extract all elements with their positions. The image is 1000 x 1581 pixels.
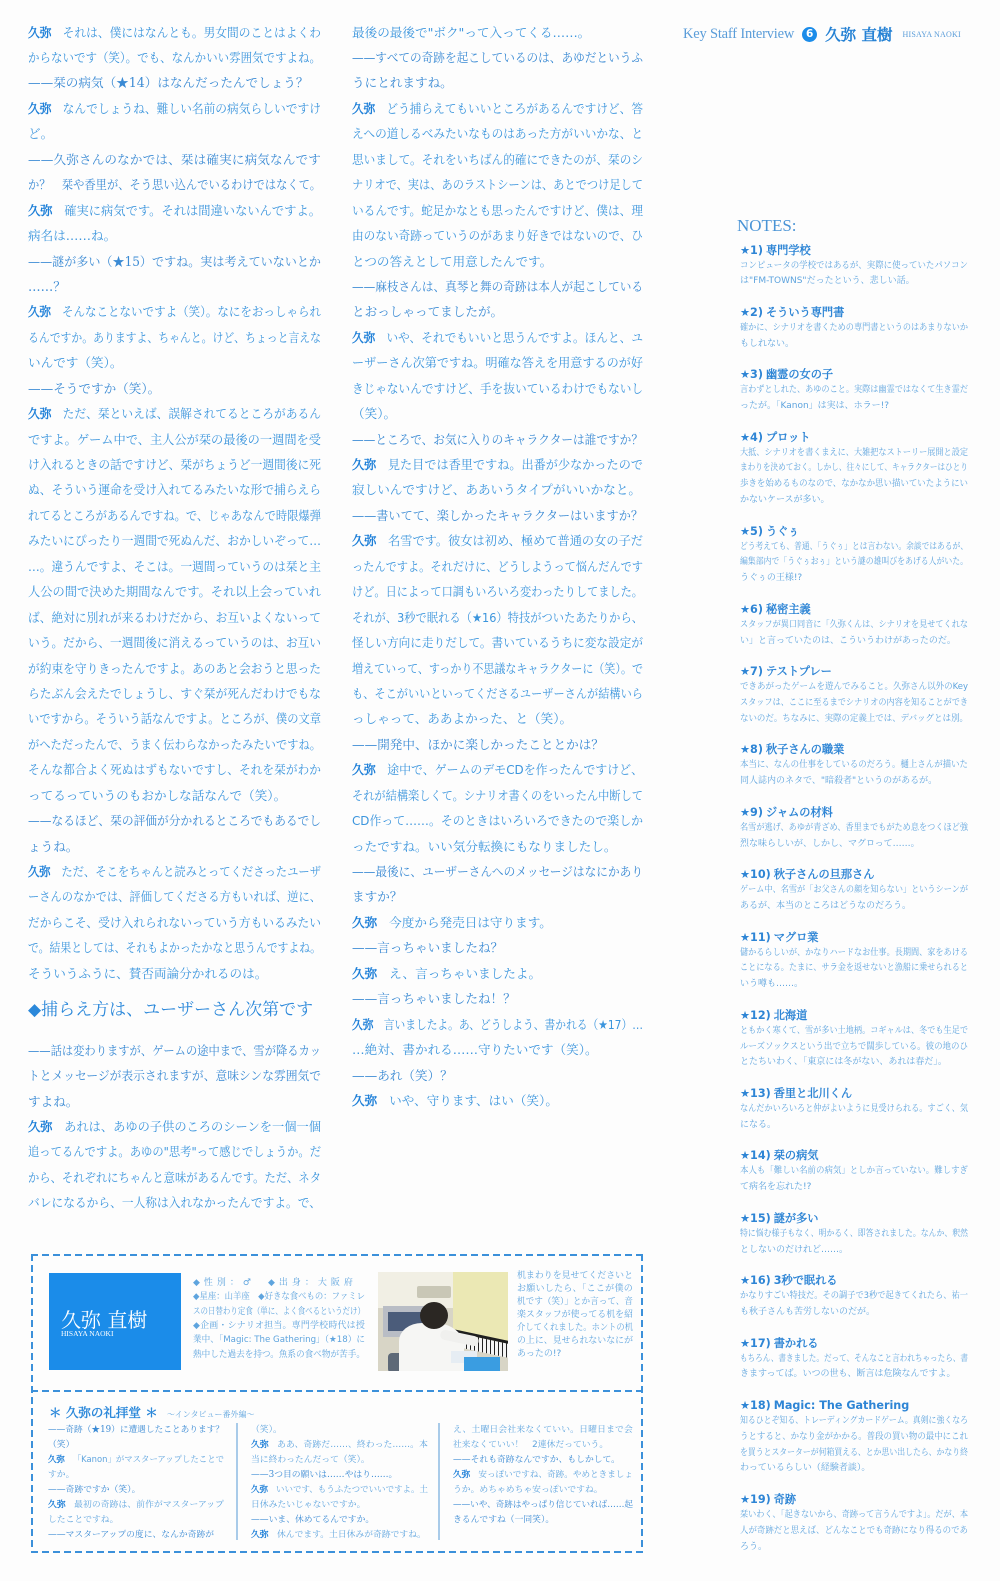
note-body-line: 歩きを始めるものなので、なかなか思い描いていたようにい (740, 477, 968, 493)
text-line: ——そうですか（笑）。 (28, 376, 321, 401)
speaker-answer: 久弥どう捕らえてもいいところがあるんですけど、答えへの道しるべみたいなものはあっ… (352, 96, 643, 274)
speaker-name: 久弥 (28, 1119, 52, 1134)
line-text: 言いましたよ。あ、どうしよう、書かれる（★17）… (384, 1017, 643, 1032)
text-line: らたぶん会えたでしょうし、すぐ栞が死んだわけでもな (28, 681, 321, 706)
line-text: いんです（笑）。 (28, 355, 122, 370)
line-content: ルーズソックスという出で立ちで闊歩している。彼の地のひ (740, 1040, 968, 1056)
line-text: 安っぽいですね、奇跡。やめときましょ (478, 1470, 633, 1480)
text-line: ——マスターアップの度に、なんか奇跡が (48, 1528, 224, 1543)
line-content: スの日替わり定食（単に、よく食べるというだけ） (193, 1305, 365, 1319)
line-text: 「Kanon」がマスターアップしたことで (73, 1455, 224, 1465)
line-content: も秋子さんも苦労しないのだが。 (740, 1305, 875, 1321)
line-content: から、それぞれにちゃんと意味があるんです。ただ、ネタ (28, 1165, 321, 1190)
line-content: の上に、見せられないなにが (517, 1335, 633, 1348)
line-content: 歩きを始めるものなので、なかなか思い描いていたようにい (740, 477, 968, 493)
note-title: そういう専門書 (766, 306, 844, 319)
line-content: 編集部内で「うぐぅおぅ」という謎の雄叫びをあげる人がいた。 (740, 555, 968, 571)
line-content: うとすると、かなり金がかかる。普段の買い物の最中にこれ (740, 1430, 968, 1446)
line-content: きますってば。いつの世も、断言は危険なんですよ。 (740, 1367, 955, 1383)
line-text: 寂しいんですけど、ああいうタイプがいいかなと。 (352, 482, 641, 497)
line-content: ——奇跡ですか（笑）。 (48, 1483, 140, 1498)
note-title: プロット (766, 431, 811, 444)
line-content: るんですか。ありますよ、ちゃんと。けど、ちょっと言えな (28, 325, 321, 350)
speaker-answer: 久弥ただ、栞といえば、誤解されてるところがあるんですよ。ゲーム中で、主人公が栞の… (28, 401, 321, 808)
line-content: それが結構楽しくて。シナリオ書くのをいったん中断して (352, 783, 643, 808)
line-content: 久弥いや、それでもいいと思うんですよ。ほんと、ユ (352, 325, 643, 350)
note-marker: ★5) (740, 525, 763, 538)
interviewee-name: 久弥 直樹 (825, 23, 892, 45)
line-text: いう。だから、一週間後に消えるっていうのは、お互い (28, 635, 321, 650)
line-content: も、そこがいいといってくださるユーザーさんが結構いら (352, 681, 643, 706)
note-title: 香里と北川くん (774, 1087, 852, 1100)
profile-details: ◆性別：♂ ◆出身：大阪府◆星座：山羊座 ◆好きな食べもの：ファミレスの日替わり… (193, 1276, 365, 1362)
line-content: わっているらしい（経験者談）。 (740, 1461, 870, 1477)
note-body-line: まわりを決めておく。しかし、往々にして、キャラクターはひとり (740, 461, 968, 477)
text-line: 久弥そんなことないですよ（笑）。なにをおっしゃられ (28, 299, 321, 324)
text-line: 社来なくていい！ 2連休だっていう。 (453, 1438, 633, 1453)
profile-name: 久弥 直樹 (61, 1309, 147, 1331)
text-line: うか。めちゃめちゃ安っぽいですね。 (453, 1483, 633, 1498)
note-marker: ★6) (740, 603, 763, 616)
line-content: 久弥あれは、あゆの子供のころのシーンを一個一個 (28, 1114, 321, 1139)
interviewer-question: ——話は変わりますが、ゲームの途中まで、雪が降るカットとメッセージが表示されます… (28, 1038, 321, 1114)
note-marker: ★3) (740, 368, 763, 381)
note-body-line: もしれない。 (740, 337, 968, 353)
line-content: とたちいわく、「東京には冬がない、あれは春だ」。 (740, 1055, 947, 1071)
line-content: ったですね。いい気分転換にもなりましたし。 (352, 834, 616, 859)
interviewer-question: ——ところで、お気に入りのキャラクターは誰ですか？ (352, 427, 643, 452)
profile-detail-line: 熱中した過去を持つ。魚系の食べ物が苦手。 (193, 1348, 365, 1362)
line-content: ——麻枝さんは、真琴と舞の奇跡は本人が起こしている (352, 274, 643, 299)
text-line: いですから。そういう話なんですよ。ところが、僕の文章 (28, 706, 321, 731)
line-content: 社来なくていい！ 2連休だっていう。 (453, 1438, 608, 1453)
line-text: （笑）。 (251, 1425, 282, 1435)
line-text: ——あれ（笑）？ (352, 1068, 453, 1083)
text-line: 久弥なんでしょうね、難しい名前の病気らしいですけ (28, 96, 321, 121)
profile-name-romaji: HISAYA NAOKI (61, 1329, 113, 1339)
note-heading: ★5)うぐぅ (740, 523, 968, 540)
page-header: Key Staff Interview 6 久弥 直樹 HISAYA NAOKI (683, 25, 961, 43)
text-line: 久弥安っぽいですね、奇跡。やめときましょ (453, 1468, 633, 1483)
line-text: ——話は変わりますが、ゲームの途中まで、雪が降るカッ (28, 1043, 321, 1058)
speaker-answer: 久弥名雪です。彼女は初め、極めて普通の女の子だったんですよ。それだけに、どうしよ… (352, 528, 643, 732)
interviewer-question: ——言っちゃいましたね？ (352, 935, 643, 960)
line-text: えへの道しるべみたいなものはあった方がいいかな、と (352, 126, 643, 141)
text-line: 人公の間で決めた期間なんです。それ以上会っていれ (28, 579, 321, 604)
text-line: ナリオで、実は、あのラストシーンは、あとでつけ足して (352, 172, 643, 197)
note-heading: ★10)秋子さんの旦那さん (740, 866, 968, 883)
line-content: 久弥ただ、栞といえば、誤解されてるところがあるん (28, 401, 321, 426)
speaker-name: 久弥 (352, 762, 376, 777)
note-marker: ★19) (740, 1493, 771, 1506)
note-title: 秘密主義 (766, 603, 811, 616)
line-content: かなりすごい特技だ。その調子で3秒で起きてくれたら、祐一 (740, 1289, 968, 1305)
text-line: 久弥途中で、ゲームのデモCDを作ったんですけど、 (352, 757, 643, 782)
line-content: スタッフが異口同音に「久弥くんは、シナリオを見せてくれな (740, 618, 968, 634)
extra-title: ＊ 久弥の礼拝堂 ＊ (49, 1405, 158, 1420)
text-line: が約束を守りきったんですよ。あのあと会おうと思った (28, 656, 321, 681)
text-line: れてるところがあるんですね。で、じゃあなんで時限爆弾 (28, 503, 321, 528)
note-item: ★11)マグロ業儲かるらしいが、かなりハードなお仕事。長期間、家をあけることにな… (740, 929, 968, 993)
note-body-line: て病名を忘れた!? (740, 1180, 968, 1196)
note-body-line: ろう。 (740, 1540, 968, 1556)
note-item: ★7)テストプレーできあがったゲームを遊んでみること。久弥さん以外のKeyスタッ… (740, 663, 968, 727)
text-line: ——いや、奇跡はやっぱり信じていれば……起 (453, 1498, 633, 1513)
line-content: 久弥ああ、奇跡だ……、終わった……。本 (251, 1438, 428, 1453)
note-marker: ★8) (740, 743, 763, 756)
line-text: ——開発中、ほかに楽しかったこととかは？ (352, 737, 604, 752)
line-content: ……？ (28, 274, 66, 299)
note-heading: ★15)謎が多い (740, 1210, 968, 1227)
line-content: 当に終わったんだって（笑）。 (251, 1453, 370, 1468)
text-line: 最後の最後で"ボク"って入ってくる……。 (352, 20, 643, 45)
line-content: 熱中した過去を持つ。魚系の食べ物が苦手。 (193, 1348, 365, 1362)
interviewer-question: ——いま、休めてるんですか。 (251, 1513, 428, 1528)
line-content: 寂しいんですけど、ああいうタイプがいいかなと。 (352, 477, 641, 502)
line-text: それは、僕にはなんとも。男女間のことはよくわ (63, 25, 321, 40)
note-title: テストプレー (766, 665, 832, 678)
text-line: ——開発中、ほかに楽しかったこととかは？ (352, 732, 643, 757)
speaker-answer: 久弥言いましたよ。あ、どうしよう、書かれる（★17）……絶対、書かれる……守りた… (352, 1012, 643, 1063)
note-body-line: 人が奇跡だと思えば、どんなことでも奇跡になり得るのであ (740, 1524, 968, 1540)
line-content: きじゃないんですけど、手を抜いているわけでもないし (352, 376, 643, 401)
speaker-answer: 久弥いや、守ります、はい（笑）。 (352, 1088, 643, 1113)
speaker-name: 久弥 (28, 864, 51, 879)
caption-line: 楽スタッフが使ってる机を紹 (517, 1309, 633, 1322)
speaker-answer: 久弥ただ、そこをちゃんと読みとってくださったユーザーさんのなかでは、評価してく​… (28, 859, 321, 986)
speaker-name: 久弥 (28, 406, 51, 421)
line-text: 日休みたいじゃないですか。 (251, 1500, 365, 1510)
note-item: ★13)香里と北川くんなんだかいろいろと仲がよいように見受けられる。すごく、気に… (740, 1085, 968, 1134)
note-title: マグロ業 (774, 931, 819, 944)
line-text: トとメッセージが表示されますが、意味シンな雰囲気で (28, 1068, 321, 1083)
note-body-line: とたちいわく、「東京には冬がない、あれは春だ」。 (740, 1055, 968, 1071)
profile-detail-line: 業中、「Magic: The Gathering」（★18）に (193, 1333, 365, 1347)
text-line: か？ 栞や香里が、そう思い込んでいるわけではなくて。 (28, 172, 321, 197)
speaker-answer: 久弥なんでしょうね、難しい名前の病気らしいですけど。 (28, 96, 321, 147)
note-heading: ★8)秋子さんの職業 (740, 741, 968, 758)
note-heading: ★18)Magic: The Gathering (740, 1397, 968, 1414)
note-item: ★4)プロット大抵、シナリオを書くまえに、大雑把なストーリー展開と設定まわりを決… (740, 429, 968, 509)
note-heading: ★9)ジャムの材料 (740, 804, 968, 821)
text-line: ——3つ目の願いは……やはり……。 (251, 1468, 428, 1483)
text-line: うにとれますね。 (352, 70, 643, 95)
note-title: 3秒で眠れる (774, 1274, 838, 1287)
line-content: ょうね。 (28, 834, 78, 859)
interviewer-question: ——そうですか（笑）。 (28, 376, 321, 401)
line-text: ——言っちゃいましたね？ (352, 940, 503, 955)
text-line: 久弥「Kanon」がマスターアップしたことで (48, 1453, 224, 1468)
line-text: 名雪です。彼女は初め、極めて普通の女の子だ (388, 533, 643, 548)
text-line: CD作って……。そのときはいろいろできたので楽しか (352, 808, 643, 833)
note-item: ★14)栞の病気本人も「難しい名前の病気」としか言っていない。難しすぎて病名を忘… (740, 1147, 968, 1196)
note-body-line: かなりすごい特技だ。その調子で3秒で起きてくれたら、祐一 (740, 1289, 968, 1305)
line-content: とつの答えとして用意したんです。 (352, 249, 552, 274)
line-text: が約束を守りきったんですよ。あのあと会おうと思った (28, 661, 321, 676)
text-line: いんです（笑）。 (28, 350, 321, 375)
text-line: きじゃないんですけど、手を抜いているわけでもないし (352, 376, 643, 401)
note-heading: ★4)プロット (740, 429, 968, 446)
line-content: ことになる。たまに、サラ金を返せないと漁船に乗せられると (740, 961, 968, 977)
line-content: 本人も「難しい名前の病気」としか言っていない。難しすぎ (740, 1164, 968, 1180)
note-body-line: うとすると、かなり金がかかる。普段の買い物の最中にこれ (740, 1430, 968, 1446)
text-line: 久弥どう捕らえてもいいところがあるんですけど、答 (352, 96, 643, 121)
text-line: ——栞の病気（★14）はなんだったんでしょう？ (28, 70, 321, 95)
note-item: ★12)北海道ともかく寒くて、雪が多い土地柄。コギャルは、冬でも生足でルーズソッ… (740, 1007, 968, 1071)
note-heading: ★11)マグロ業 (740, 929, 968, 946)
line-text: ——最後に、ユーザーさんへのメッセージはなにかあり (352, 864, 643, 879)
line-content: 病名は……ね。 (28, 223, 116, 248)
speaker-answer: 久弥いいです、もうふたつでいいですよ。土日休みたいじゃないですか。 (251, 1483, 428, 1513)
line-content: れてるところがあるんですね。で、じゃあなんで時限爆弾 (28, 503, 321, 528)
line-text: ったですね。いい気分転換にもなりましたし。 (352, 839, 616, 854)
line-text: 追ってるんですよ。あゆの"思考"って感じでしょうか。だ (28, 1144, 321, 1159)
line-text: ——栞の病気（★14）はなんだったんでしょう？ (28, 75, 309, 90)
text-line: ますか？ (352, 884, 643, 909)
speaker-name: 久弥 (352, 1017, 373, 1032)
text-line: ですよ。ゲーム中で、主人公が栞の最後の一週間を受 (28, 427, 321, 452)
note-title: 秋子さんの職業 (766, 743, 844, 756)
interviewer-question: ——マスターアップの度に、なんか奇跡が (48, 1528, 224, 1543)
line-content: ゲーム中、名雪が「お父さんの顔を知らない」というシーンが (740, 883, 968, 899)
caption-line: 机です（笑）」とか言って、音 (517, 1296, 633, 1309)
line-content: 久弥途中で、ゲームのデモCDを作ったんですけど、 (352, 757, 643, 782)
text-line: がへただったんで、うまく伝わらなかったみたいですね。 (28, 732, 321, 757)
line-content: 栞いわく、「起きないから、奇跡って言うんですよ」。だが、本 (740, 1508, 968, 1524)
line-content: で。結果としては、それもよかったかなと思うんですよね。 (28, 935, 321, 960)
line-text: きじゃないんですけど、手を抜いているわけでもないし (352, 381, 643, 396)
line-content: 久弥いや、守ります、はい（笑）。 (352, 1088, 558, 1113)
line-content: ——久弥さんのなかでは、栞は確実に病気なんです (28, 147, 321, 172)
line-content: うぐぅの王様!? (740, 571, 802, 587)
text-line: ったんですよ。それだけに、どうしようって悩んだんです (352, 554, 643, 579)
series-title: Key Staff Interview (683, 26, 794, 43)
line-text: いいです、もうふたつでいいですよ。土 (276, 1485, 428, 1495)
line-text: ですよ。ゲーム中で、主人公が栞の最後の一週間を受 (28, 432, 321, 447)
line-content: ——最後に、ユーザーさんへのメッセージはなにかあり (352, 859, 643, 884)
line-content: ——マスターアップの度に、なんか奇跡が (48, 1528, 214, 1543)
line-content: 久弥今度から発売日は守ります。 (352, 910, 552, 935)
line-content: ないのだ。ちなみに、実際の定義上では、デバッグとは別。 (740, 712, 968, 728)
line-text: がへただったんで、うまく伝わらなかったみたいですね。 (28, 737, 321, 752)
text-line: きるんですね（一同笑）。 (453, 1513, 633, 1528)
line-content: 知るひとぞ知る、トレーディングカードゲーム。真剣に強くなろ (740, 1414, 968, 1430)
note-marker: ★13) (740, 1087, 771, 1100)
interviewer-question: ——奇跡（★19）に遭遇したことあります？（笑） (48, 1423, 224, 1453)
text-line: ——あれ（笑）？ (352, 1063, 643, 1088)
line-content: ——書いてて、楽しかったキャラクターはいますか？ (352, 503, 643, 528)
text-line: 日休みたいじゃないですか。 (251, 1498, 428, 1513)
text-line: みたいにぴったり一週間で死ぬんだ、おかしいぞって… (28, 528, 321, 553)
line-text: ——3つ目の願いは……やはり……。 (251, 1470, 397, 1480)
note-heading: ★16)3秒で眠れる (740, 1272, 968, 1289)
line-content: 業中、「Magic: The Gathering」（★18）に (193, 1333, 365, 1347)
text-line: ——なるほど、栞の評価が分かれるところでもあるでし (28, 808, 321, 833)
line-content: 本当に、なんの仕事をしているのだろう。樋上さんが描いた (740, 758, 968, 774)
speaker-name: 久弥 (352, 915, 377, 930)
text-line: ——久弥さんのなかでは、栞は確実に病気なんです (28, 147, 321, 172)
text-line: ——ところで、お気に入りのキャラクターは誰ですか？ (352, 427, 643, 452)
speaker-name: 久弥 (28, 25, 51, 40)
note-body-line: い」と言っていたのは、こういうわけがあったのだ。 (740, 634, 968, 650)
speaker-answer: 久弥いや、それでもいいと思うんですよ。ほんと、ユーザーさん次第ですね。明確な答え… (352, 325, 643, 427)
note-title: ジャムの材料 (766, 806, 833, 819)
line-content: ——そうですか（笑）。 (28, 376, 160, 401)
notes-title: NOTES: (737, 216, 797, 236)
note-body-line: かないケースが多い。 (740, 493, 968, 509)
note-body-line: 栞いわく、「起きないから、奇跡って言うんですよ」。だが、本 (740, 1508, 968, 1524)
note-title: うぐぅ (766, 525, 799, 538)
line-content: 介してくれました。ホントの机 (517, 1322, 633, 1335)
line-content: 久弥どう捕らえてもいいところがあるんですけど、答 (352, 96, 643, 121)
text-line: ったですね。いい気分転換にもなりましたし。 (352, 834, 643, 859)
line-content: できあがったゲームを遊んでみること。久弥さん以外のKey (740, 680, 968, 696)
line-text: ——麻枝さんは、真琴と舞の奇跡は本人が起こしている (352, 279, 643, 294)
line-text: （笑）。 (352, 406, 396, 421)
line-content: バレになるから、一人称は入れなかったんですよ。で、 (28, 1190, 321, 1215)
line-text: 最後の最後で"ボク"って入ってくる……。 (352, 25, 590, 40)
note-heading: ★19)奇跡 (740, 1491, 968, 1508)
line-content: （笑）。 (352, 401, 396, 426)
line-content: もしれない。 (740, 337, 794, 353)
note-body-line: 儲かるらしいが、かなりハードなお仕事。長期間、家をあける (740, 946, 968, 962)
text-line: 久弥ああ、奇跡だ……、終わった……。本 (251, 1438, 428, 1453)
note-marker: ★2) (740, 306, 763, 319)
line-content: みたいにぴったり一週間で死ぬんだ、おかしいぞって… (28, 528, 321, 553)
text-line: ……？ (28, 274, 321, 299)
note-body-line: ルーズソックスという出で立ちで闊歩している。彼の地のひ (740, 1040, 968, 1056)
line-content: 増えていって、すっかり不思議なキャラクターに（笑）。で (352, 656, 643, 681)
line-content: したことですね。 (48, 1513, 118, 1528)
line-content: 久弥言いましたよ。あ、どうしよう、書かれる（★17）… (352, 1012, 643, 1037)
line-content: ◆企画・シナリオ担当。専門学校時代は授 (193, 1319, 365, 1333)
line-content: …絶対、書かれる……守りたいです（笑）。 (352, 1037, 598, 1062)
text-line: ——謎が多い（★15）ですね。実は考えていないとか (28, 249, 321, 274)
text-line: ——言っちゃいましたね？ (352, 935, 643, 960)
line-content: それが、3秒で眠れる（★16）特技がついたあたりから、 (352, 605, 643, 630)
text-line: 久弥ただ、栞といえば、誤解されてるところがあるん (28, 401, 321, 426)
line-content: （笑） (48, 1438, 74, 1453)
note-body-line: 編集部内で「うぐぅおぅ」という謎の雄叫びをあげる人がいた。 (740, 555, 968, 571)
profile-name-box: 久弥 直樹 HISAYA NAOKI (49, 1273, 181, 1370)
note-heading: ★17)書かれる (740, 1335, 968, 1352)
text-line: ——奇跡（★19）に遭遇したことあります？ (48, 1423, 224, 1438)
line-text: ——謎が多い（★15）ですね。実は考えていないとか (28, 254, 321, 269)
note-body-line: としないのだけれど……。 (740, 1243, 968, 1259)
note-body-line: 烈な味らしいが、しかし、マグロって……。 (740, 837, 968, 853)
interviewer-question: ——麻枝さんは、真琴と舞の奇跡は本人が起こしているとおっしゃってましたが。 (352, 274, 643, 325)
line-content: 久弥最初の奇跡は、前作がマスターアップ (48, 1498, 224, 1513)
speaker-answer: 久弥あれは、あゆの子供のころのシーンを一個一個追ってるんですよ。あゆの"思考"っ… (28, 1114, 321, 1216)
notes-list: ★1)専門学校コンピュータの学校ではあるが、実際に使っていたパソコンは"FM-T… (740, 242, 968, 1570)
line-text: っしゃって、ああよかった、と（笑）。 (352, 711, 572, 726)
note-item: ★1)専門学校コンピュータの学校ではあるが、実際に使っていたパソコンは"FM-T… (740, 242, 968, 291)
line-content: 久弥名雪です。彼女は初め、極めて普通の女の子だ (352, 528, 643, 553)
line-content: だからこそ、受け入れられないっていう方もいるみたい (28, 910, 321, 935)
note-heading: ★7)テストプレー (740, 663, 968, 680)
speaker-name: 久弥 (28, 304, 51, 319)
line-content: 楽スタッフが使ってる机を紹 (517, 1309, 633, 1322)
line-content: もちろん、書きました。だって、そんなこと言われちゃったら、書 (740, 1352, 968, 1368)
note-title: 幽霊の女の子 (766, 368, 833, 381)
line-content: そういうふうに、賛否両論分かれるのは。 (28, 961, 267, 986)
speaker-name: 久弥 (352, 330, 375, 345)
line-text: れてるところがあるんですね。で、じゃあなんで時限爆弾 (28, 508, 321, 523)
speaker-answer: 久弥今度から発売日は守ります。 (352, 910, 643, 935)
line-content: なんだかいろいろと仲がよいように見受けられる。すごく、気 (740, 1102, 968, 1118)
line-text: なんでしょうね、難しい名前の病気らしいですけ (63, 101, 321, 116)
note-item: ★6)秘密主義スタッフが異口同音に「久弥くんは、シナリオを見せてくれない」と言っ… (740, 601, 968, 650)
text-line: それが結構楽しくて。シナリオ書くのをいったん中断して (352, 783, 643, 808)
note-marker: ★16) (740, 1274, 771, 1287)
line-text: ナリオで、実は、あのラストシーンは、あとでつけ足して (352, 177, 643, 192)
line-content: 久弥なんでしょうね、難しい名前の病気らしいですけ (28, 96, 321, 121)
note-marker: ★1) (740, 244, 763, 257)
note-body-line: ことになる。たまに、サラ金を返せないと漁船に乗せられると (740, 961, 968, 977)
note-body-line: 確かに、シナリオを書くための専門書というのはあまりないか (740, 321, 968, 337)
speaker-answer: 久弥途中で、ゲームのデモCDを作ったんですけど、それが結構楽しくて。シナリオ書く… (352, 757, 643, 859)
line-content: らたぶん会えたでしょうし、すぐ栞が死んだわけでもな (28, 681, 321, 706)
text-line: そういうふうに、賛否両論分かれるのは。 (28, 961, 321, 986)
note-item: ★3)幽霊の女の子言わずとしれた、あゆのこと。実際は幽霊ではなくて生き霊だったが… (740, 366, 968, 415)
line-content: ーさんのなかでは、評価してく​ださる方もいれば、逆に、 (28, 884, 321, 909)
note-body-line: わっているらしい（経験者談）。 (740, 1461, 968, 1477)
line-content: 久弥確実に病気です。それは間違いないんですよ。 (28, 198, 321, 223)
line-content: いう噂も……。 (740, 977, 803, 993)
line-content: きるんですね（一同笑）。 (453, 1513, 554, 1528)
line-text: ああ、奇跡だ……、終わった……。本 (277, 1440, 428, 1450)
text-line: 病名は……ね。 (28, 223, 321, 248)
line-text: 社来なくていい！ 2連休だっていう。 (453, 1440, 608, 1450)
line-text: 確実に病気です。それは間違いないんですよ。 (64, 203, 321, 218)
line-content: ったんですよ。それだけに、どうしようって悩んだんです (352, 554, 643, 579)
line-content: いう。だから、一週間後に消えるっていうのは、お互い (28, 630, 321, 655)
line-content: 久弥休んでます。土日休みが奇跡ですね。 (251, 1528, 426, 1543)
line-content: 久弥そんなことないですよ（笑）。なにをおっしゃられ (28, 299, 321, 324)
line-text: バレになるから、一人称は入れなかったんですよ。で、 (28, 1195, 321, 1210)
line-text: すよね。 (28, 1094, 78, 1109)
line-text: ——マスターアップの度に、なんか奇跡が (48, 1530, 214, 1540)
line-content: 同人誌内のネタで、"暗殺者"というのがあるが。 (740, 774, 937, 790)
text-line: （笑）。 (352, 401, 643, 426)
line-content: 久弥それは、僕にはなんとも。男女間のことはよくわ (28, 20, 321, 45)
text-line: 追ってるんですよ。あゆの"思考"って感じでしょうか。だ (28, 1139, 321, 1164)
speaker-answer: 久弥安っぽいですね、奇跡。やめときましょうか。めちゃめちゃ安っぽいですね。 (453, 1468, 633, 1498)
note-body-line: になる。 (740, 1118, 968, 1134)
line-text: え、土曜日会社来なくていい。日曜日まで会 (453, 1425, 633, 1435)
line-content: CD作って……。そのときはいろいろできたので楽しか (352, 808, 643, 833)
text-line: 増えていって、すっかり不思議なキャラクターに（笑）。で (352, 656, 643, 681)
line-text: いですから。そういう話なんですよ。ところが、僕の文章 (28, 711, 321, 726)
line-text: CD作って……。そのときはいろいろできたので楽しか (352, 813, 643, 828)
note-item: ★17)書かれるもちろん、書きました。だって、そんなこと言われちゃったら、書きま… (740, 1335, 968, 1384)
note-body-line: 知るひとぞ知る、トレーディングカードゲーム。真剣に強くなろ (740, 1414, 968, 1430)
text-line: 久弥いや、守ります、はい（笑）。 (352, 1088, 643, 1113)
note-body-line: きますってば。いつの世も、断言は危険なんですよ。 (740, 1367, 968, 1383)
profile-detail-line: ◆性別：♂ ◆出身：大阪府 (193, 1276, 365, 1290)
text-line: 久弥それは、僕にはなんとも。男女間のことはよくわ (28, 20, 321, 45)
line-text: るんですか。ありますよ、ちゃんと。けど、ちょっと言えな (28, 330, 321, 345)
line-content: っしゃって、ああよかった、と（笑）。 (352, 706, 572, 731)
note-body-line: スタッフが異口同音に「久弥くんは、シナリオを見せてくれな (740, 618, 968, 634)
line-text: ーザーさん次第ですね。明確な答えを用意するのが好 (352, 355, 643, 370)
line-content: 怪しい方向に走りだして。書いているうちに変な設定が (352, 630, 643, 655)
speaker-name: 久弥 (251, 1530, 269, 1540)
line-content: になる。 (740, 1118, 776, 1134)
note-title: 謎が多い (774, 1212, 819, 1225)
note-title: 秋子さんの旦那さん (774, 868, 875, 881)
speaker-answer: 久弥そんなことないですよ（笑）。なにをおっしゃられるんですか。ありますよ、ちゃん… (28, 299, 321, 375)
